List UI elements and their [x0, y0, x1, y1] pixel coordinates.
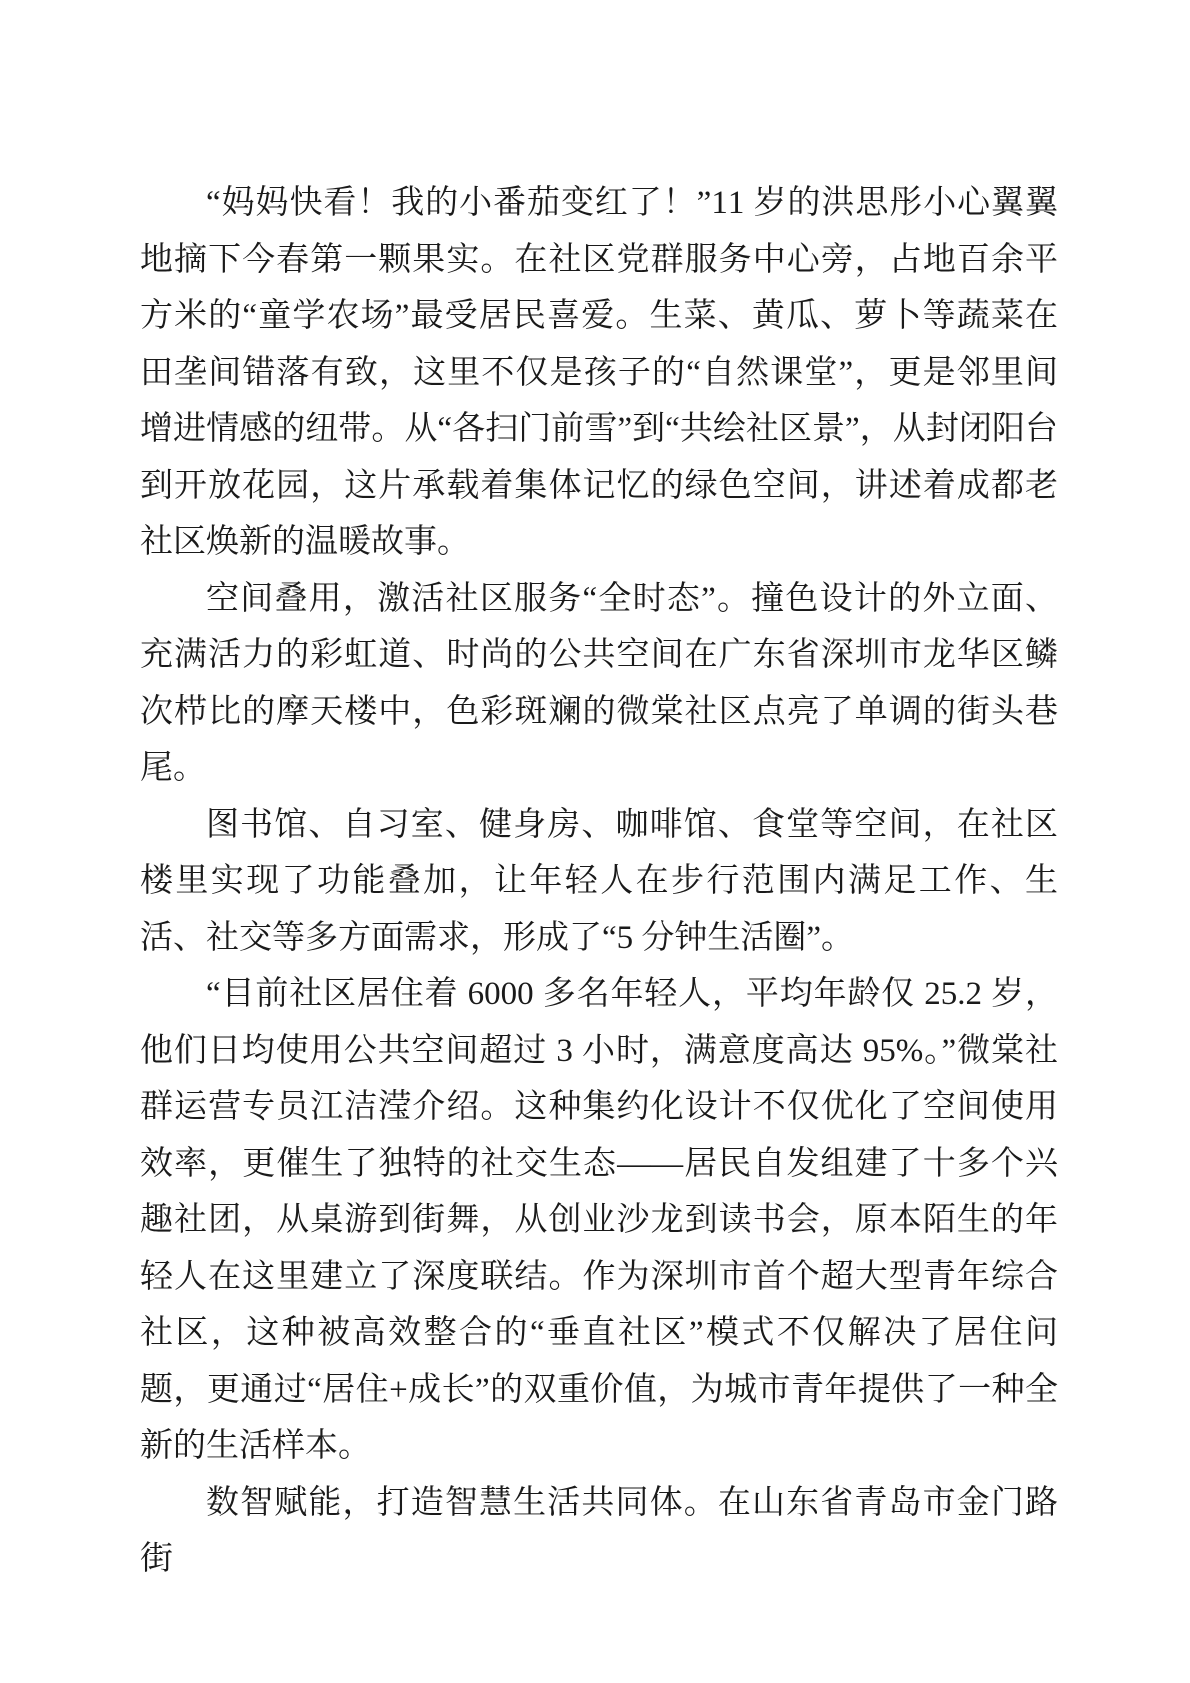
- paragraph-3: 图书馆、自习室、健身房、咖啡馆、食堂等空间，在社区楼里实现了功能叠加，让年轻人在…: [140, 797, 1058, 967]
- paragraph-2: 空间叠用，激活社区服务“全时态”。撞色设计的外立面、充满活力的彩虹道、时尚的公共…: [140, 571, 1058, 797]
- paragraph-4: “目前社区居住着 6000 多名年轻人，平均年龄仅 25.2 岁，他们日均使用公…: [140, 966, 1058, 1475]
- document-body: “妈妈快看！我的小番茄变红了！”11 岁的洪思彤小心翼翼地摘下今春第一颗果实。在…: [140, 175, 1058, 1588]
- document-page: “妈妈快看！我的小番茄变红了！”11 岁的洪思彤小心翼翼地摘下今春第一颗果实。在…: [0, 0, 1190, 1683]
- paragraph-1: “妈妈快看！我的小番茄变红了！”11 岁的洪思彤小心翼翼地摘下今春第一颗果实。在…: [140, 175, 1058, 571]
- paragraph-5: 数智赋能，打造智慧生活共同体。在山东省青岛市金门路街: [140, 1475, 1058, 1588]
